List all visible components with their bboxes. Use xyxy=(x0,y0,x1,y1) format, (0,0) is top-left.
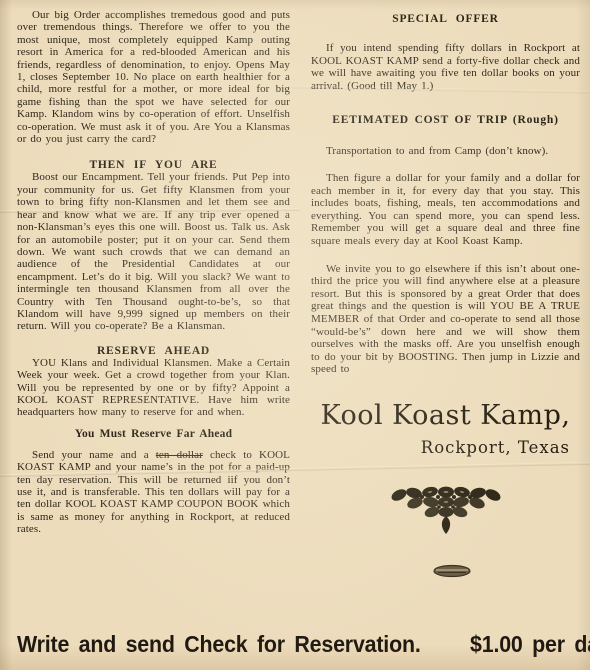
paragraph-boost: Boost our Encampment. Tell your friends.… xyxy=(17,171,290,332)
oval-ornament-container xyxy=(311,564,580,583)
ornament-container xyxy=(311,486,580,539)
heading-must-reserve: You Must Reserve Far Ahead xyxy=(17,428,290,440)
paragraph-intro: Our big Order accomplishes tremedous goo… xyxy=(17,9,290,145)
paragraph-transportation: Transportation to and from Camp (don’t k… xyxy=(311,145,580,158)
footer-banner: Write and send Check for Reservation. $1… xyxy=(17,631,573,658)
signature-kool-koast-kamp: Kool Koast Kamp, xyxy=(311,401,580,431)
paragraph-send-check: Send your name and a ten dollar check to… xyxy=(17,449,290,536)
struck-ten-dollar: ten dollar xyxy=(156,449,203,461)
signature-location: Rockport, Texas xyxy=(311,438,580,457)
paragraph-invite: We invite you to go elsewhere if this is… xyxy=(311,263,580,376)
footer-price-text: $1.00 per day per family xyxy=(470,631,590,658)
paragraph-special-offer: If you intend spending fifty dollars in … xyxy=(311,42,580,92)
footer-reservation-text: Write and send Check for Reservation. xyxy=(17,631,421,658)
heading-estimated-cost: EETIMATED COST OF TRIP (Rough) xyxy=(311,114,580,126)
right-column: SPECIAL OFFER If you intend spending fif… xyxy=(311,0,580,583)
send-check-text-pre: Send your name and a xyxy=(32,449,156,461)
heading-reserve-ahead: RESERVE AHEAD xyxy=(17,345,290,357)
left-column: Our big Order accomplishes tremedous goo… xyxy=(17,0,290,536)
paragraph-figure-dollar: Then figure a dollar for your family and… xyxy=(311,172,580,248)
pamphlet-scan: Our big Order accomplishes tremedous goo… xyxy=(0,0,590,670)
heading-then-if-you-are: THEN IF YOU ARE xyxy=(17,159,290,171)
floral-ornament-icon xyxy=(388,486,504,534)
heading-special-offer: SPECIAL OFFER xyxy=(311,13,580,25)
oval-ornament-icon xyxy=(432,564,472,578)
paragraph-klans: YOU Klans and Individual Klansmen. Make … xyxy=(17,357,290,419)
send-check-text-post: check to KOOL KOAST KAMP and your name’s… xyxy=(17,449,290,535)
